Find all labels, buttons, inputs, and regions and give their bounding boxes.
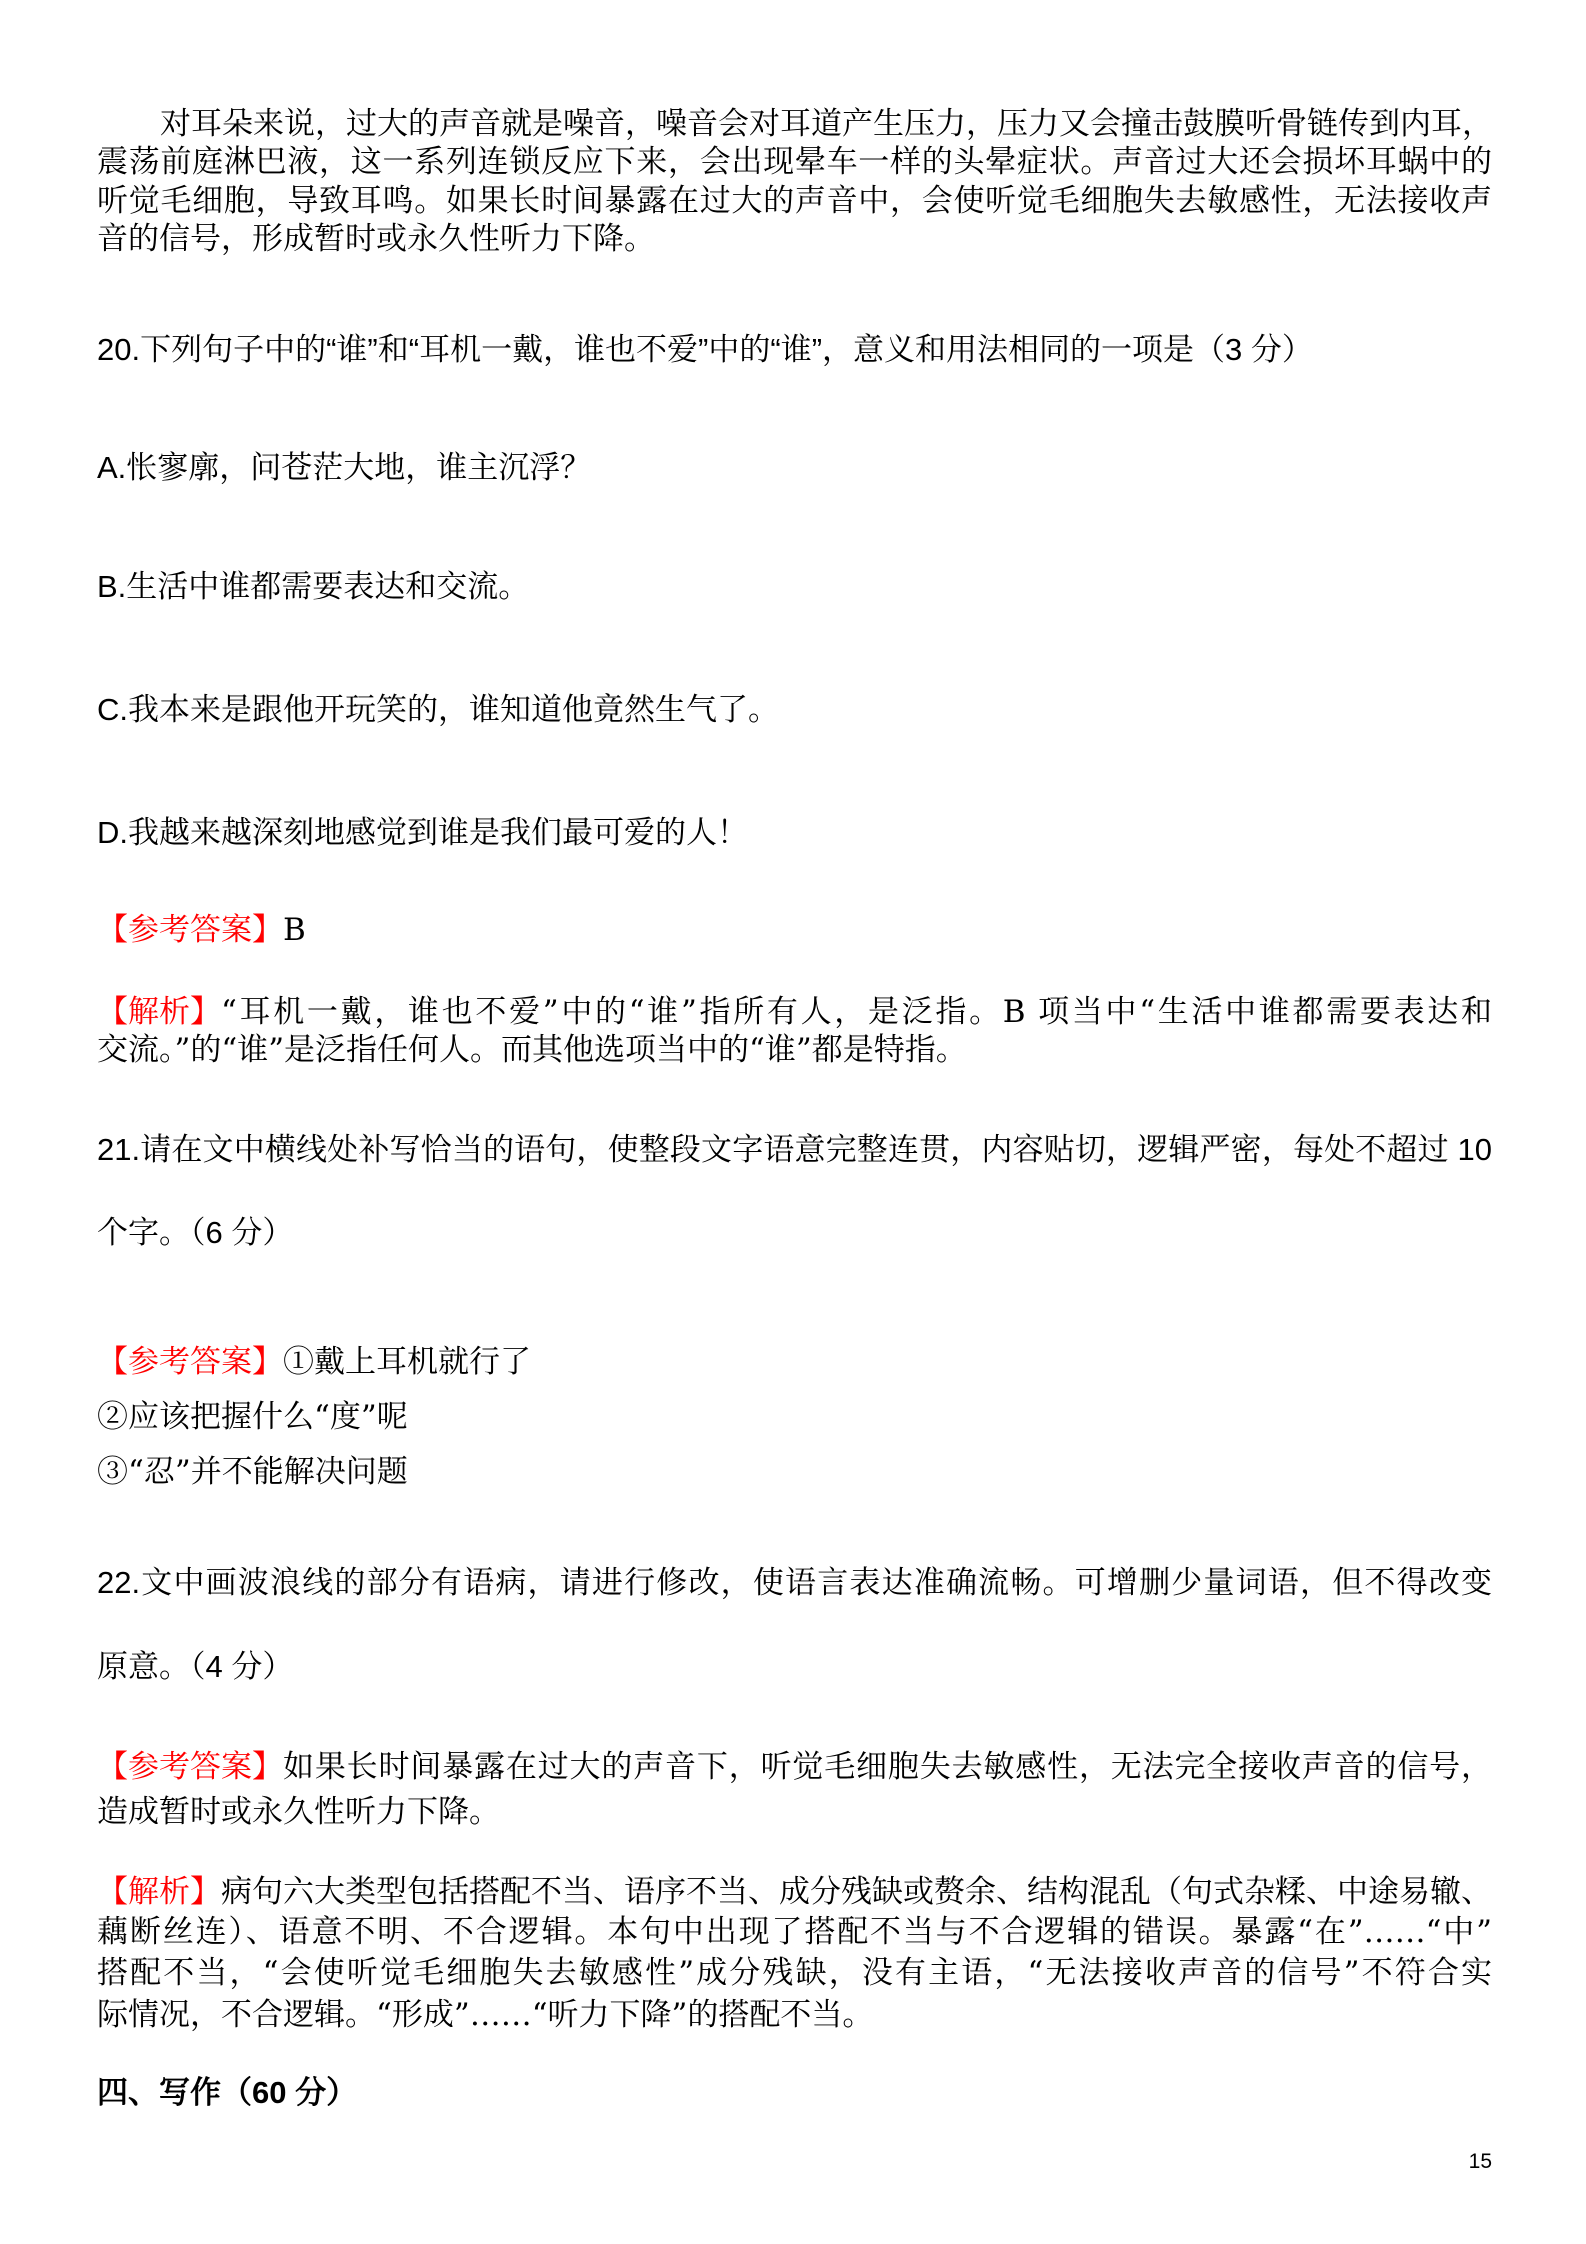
- answer-value: B: [283, 912, 306, 948]
- question-20-option-c: C.我本来是跟他开玩笑的，谁知道他竟然生气了。: [97, 691, 1492, 729]
- question-21-answer-item: ③“忍”并不能解决问题: [97, 1453, 1492, 1491]
- question-22-analysis-line: 际情况，不合逻辑。“形成”……“听力下降”的搭配不当。: [97, 1996, 1492, 2034]
- page-number: 15: [1462, 2148, 1492, 2176]
- question-20-answer: 【参考答案】B: [97, 911, 1492, 949]
- passage-line: 听觉毛细胞，导致耳鸣。如果长时间暴露在过大的声音中，会使听觉毛细胞失去敏感性，无…: [97, 182, 1492, 220]
- question-20-option-d: D.我越来越深刻地感觉到谁是我们最可爱的人！: [97, 814, 1492, 852]
- question-22-answer: 【参考答案】如果长时间暴露在过大的声音下，听觉毛细胞失去敏感性，无法完全接收声音…: [97, 1748, 1492, 1786]
- question-20-analysis-line: 交流。”的“谁”是泛指任何人。而其他选项当中的“谁”都是特指。: [97, 1031, 1492, 1069]
- section-4-title: 四、写作（60 分）: [97, 2074, 1492, 2112]
- analysis-label: 【解析】: [97, 1873, 221, 1911]
- analysis-text: 病句六大类型包括搭配不当、语序不当、成分残缺或赘余、结构混乱（句式杂糅、中途易辙…: [221, 1873, 1492, 1911]
- question-22-answer-line: 造成暂时或永久性听力下降。: [97, 1793, 1492, 1831]
- question-21-answer-item: ②应该把握什么“度”呢: [97, 1398, 1492, 1436]
- answer-item: ①戴上耳机就行了: [283, 1344, 531, 1380]
- question-20-stem: 20.下列句子中的“谁”和“耳机一戴，谁也不爱”中的“谁”，意义和用法相同的一项…: [97, 331, 1492, 369]
- question-22-analysis-line: 藕断丝连）、语意不明、不合逻辑。本句中出现了搭配不当与不合逻辑的错误。暴露“在”…: [97, 1913, 1492, 1951]
- analysis-label: 【解析】: [97, 993, 221, 1031]
- question-21-answer: 【参考答案】①戴上耳机就行了: [97, 1343, 1492, 1381]
- answer-label: 【参考答案】: [97, 1344, 283, 1380]
- passage-line: 震荡前庭淋巴液，这一系列连锁反应下来，会出现晕车一样的头晕症状。声音过大还会损坏…: [97, 143, 1492, 181]
- answer-label: 【参考答案】: [97, 912, 283, 948]
- question-22-stem-line: 原意。（4 分）: [97, 1648, 1492, 1686]
- question-20-analysis: 【解析】“耳机一戴，谁也不爱”中的“谁”指所有人，是泛指。B 项当中“生活中谁都…: [97, 993, 1492, 1031]
- question-22-stem: 22.文中画波浪线的部分有语病，请进行修改，使语言表达准确流畅。可增删少量词语，…: [97, 1564, 1492, 1602]
- question-22-analysis: 【解析】病句六大类型包括搭配不当、语序不当、成分残缺或赘余、结构混乱（句式杂糅、…: [97, 1873, 1492, 1911]
- question-21-stem-line: 个字。（6 分）: [97, 1214, 1492, 1252]
- passage-line: 对耳朵来说，过大的声音就是噪音，噪音会对耳道产生压力，压力又会撞击鼓膜听骨链传到…: [97, 105, 1492, 143]
- answer-text: 如果长时间暴露在过大的声音下，听觉毛细胞失去敏感性，无法完全接收声音的信号，: [283, 1748, 1492, 1786]
- question-20-option-a: A.怅寥廓，问苍茫大地，谁主沉浮？: [97, 449, 1492, 487]
- passage-line: 音的信号，形成暂时或永久性听力下降。: [97, 220, 1492, 258]
- question-20-option-b: B.生活中谁都需要表达和交流。: [97, 568, 1492, 606]
- answer-label: 【参考答案】: [97, 1748, 283, 1786]
- question-22-analysis-line: 搭配不当，“会使听觉毛细胞失去敏感性”成分残缺，没有主语，“无法接收声音的信号”…: [97, 1954, 1492, 1992]
- question-21-stem: 21.请在文中横线处补写恰当的语句，使整段文字语意完整连贯，内容贴切，逻辑严密，…: [97, 1131, 1492, 1169]
- analysis-text: “耳机一戴，谁也不爱”中的“谁”指所有人，是泛指。B 项当中“生活中谁都需要表达…: [221, 993, 1492, 1031]
